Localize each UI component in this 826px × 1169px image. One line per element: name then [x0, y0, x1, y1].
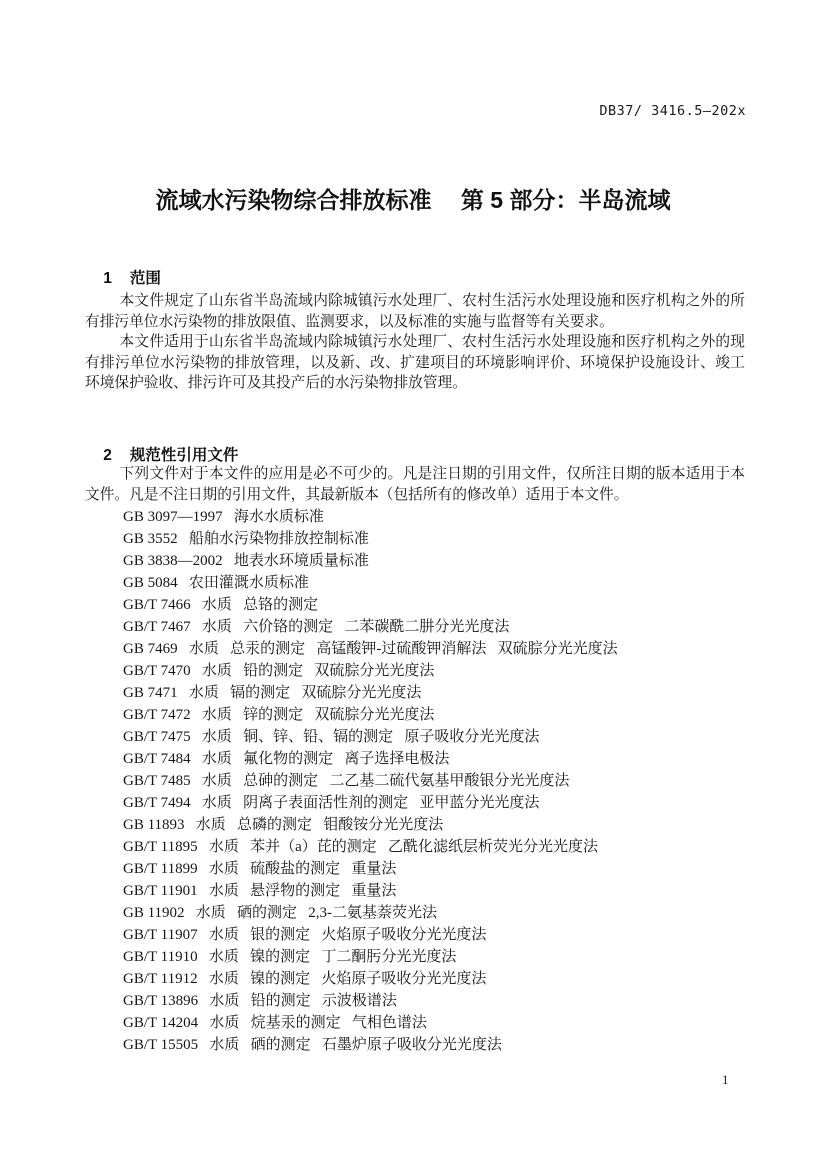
reference-item: GB/T 15505 水质 硒的测定 石墨炉原子吸收分光光度法: [123, 1034, 618, 1056]
reference-item: GB 3838—2002 地表水环境质量标准: [123, 550, 618, 572]
reference-item: GB/T 7470 水质 铅的测定 双硫腙分光光度法: [123, 660, 618, 682]
reference-item: GB/T 11912 水质 镍的测定 火焰原子吸收分光光度法: [123, 968, 618, 990]
scope-paragraph-1: 本文件规定了山东省半岛流域内除城镇污水处理厂、农村生活污水处理设施和医疗机构之外…: [85, 291, 745, 332]
section-2-title: 规范性引用文件: [130, 447, 239, 464]
reference-item: GB/T 7484 水质 氟化物的测定 离子选择电极法: [123, 748, 618, 770]
reference-item: GB/T 7494 水质 阴离子表面活性剂的测定 亚甲蓝分光光度法: [123, 792, 618, 814]
reference-item: GB/T 7466 水质 总铬的测定: [123, 594, 618, 616]
page-number: 1: [722, 1072, 729, 1088]
scope-section-body: 本文件规定了山东省半岛流域内除城镇污水处理厂、农村生活污水处理设施和医疗机构之外…: [85, 291, 745, 394]
section-2-number: 2: [103, 447, 112, 465]
reference-item: GB 3097—1997 海水水质标准: [123, 506, 618, 528]
standard-number-header: DB37/ 3416.5—202x: [599, 103, 746, 119]
reference-item: GB 5084 农田灌溉水质标准: [123, 572, 618, 594]
reference-item: GB/T 7485 水质 总砷的测定 二乙基二硫代氨基甲酸银分光光度法: [123, 770, 618, 792]
reference-item: GB/T 11910 水质 镍的测定 丁二酮肟分光光度法: [123, 946, 618, 968]
normative-references-intro: 下列文件对于本文件的应用是必不可少的。凡是注日期的引用文件，仅所注日期的版本适用…: [85, 464, 745, 505]
document-page: DB37/ 3416.5—202x 流域水污染物综合排放标准 第 5 部分：半岛…: [0, 0, 826, 1169]
reference-item: GB/T 11907 水质 银的测定 火焰原子吸收分光光度法: [123, 924, 618, 946]
reference-item: GB 11893 水质 总磷的测定 钼酸铵分光光度法: [123, 814, 618, 836]
reference-item: GB 3552 船舶水污染物排放控制标准: [123, 528, 618, 550]
reference-item: GB 7471 水质 镉的测定 双硫腙分光光度法: [123, 682, 618, 704]
reference-item: GB 7469 水质 总汞的测定 高锰酸钾-过硫酸钾消解法 双硫腙分光光度法: [123, 638, 618, 660]
normative-intro-paragraph: 下列文件对于本文件的应用是必不可少的。凡是注日期的引用文件，仅所注日期的版本适用…: [85, 464, 745, 505]
reference-item: GB/T 7475 水质 铜、锌、铅、镉的测定 原子吸收分光光度法: [123, 726, 618, 748]
reference-item: GB/T 11895 水质 苯并（a）芘的测定 乙酰化滤纸层析荧光分光光度法: [123, 836, 618, 858]
reference-item: GB/T 13896 水质 铅的测定 示波极谱法: [123, 990, 618, 1012]
reference-item: GB/T 7472 水质 锌的测定 双硫腙分光光度法: [123, 704, 618, 726]
section-1-number: 1: [103, 270, 112, 288]
scope-paragraph-2: 本文件适用于山东省半岛流域内除城镇污水处理厂、农村生活污水处理设施和医疗机构之外…: [85, 332, 745, 394]
reference-item: GB/T 11899 水质 硫酸盐的测定 重量法: [123, 858, 618, 880]
reference-item: GB/T 14204 水质 烷基汞的测定 气相色谱法: [123, 1012, 618, 1034]
reference-item: GB 11902 水质 硒的测定 2,3-二氨基萘荧光法: [123, 902, 618, 924]
document-title: 流域水污染物综合排放标准 第 5 部分：半岛流域: [0, 182, 826, 215]
section-1-title: 范围: [130, 270, 161, 287]
reference-item: GB/T 7467 水质 六价铬的测定 二苯碳酰二肼分光光度法: [123, 616, 618, 638]
reference-item: GB/T 11901 水质 悬浮物的测定 重量法: [123, 880, 618, 902]
references-list: GB 3097—1997 海水水质标准GB 3552 船舶水污染物排放控制标准G…: [123, 506, 618, 1056]
